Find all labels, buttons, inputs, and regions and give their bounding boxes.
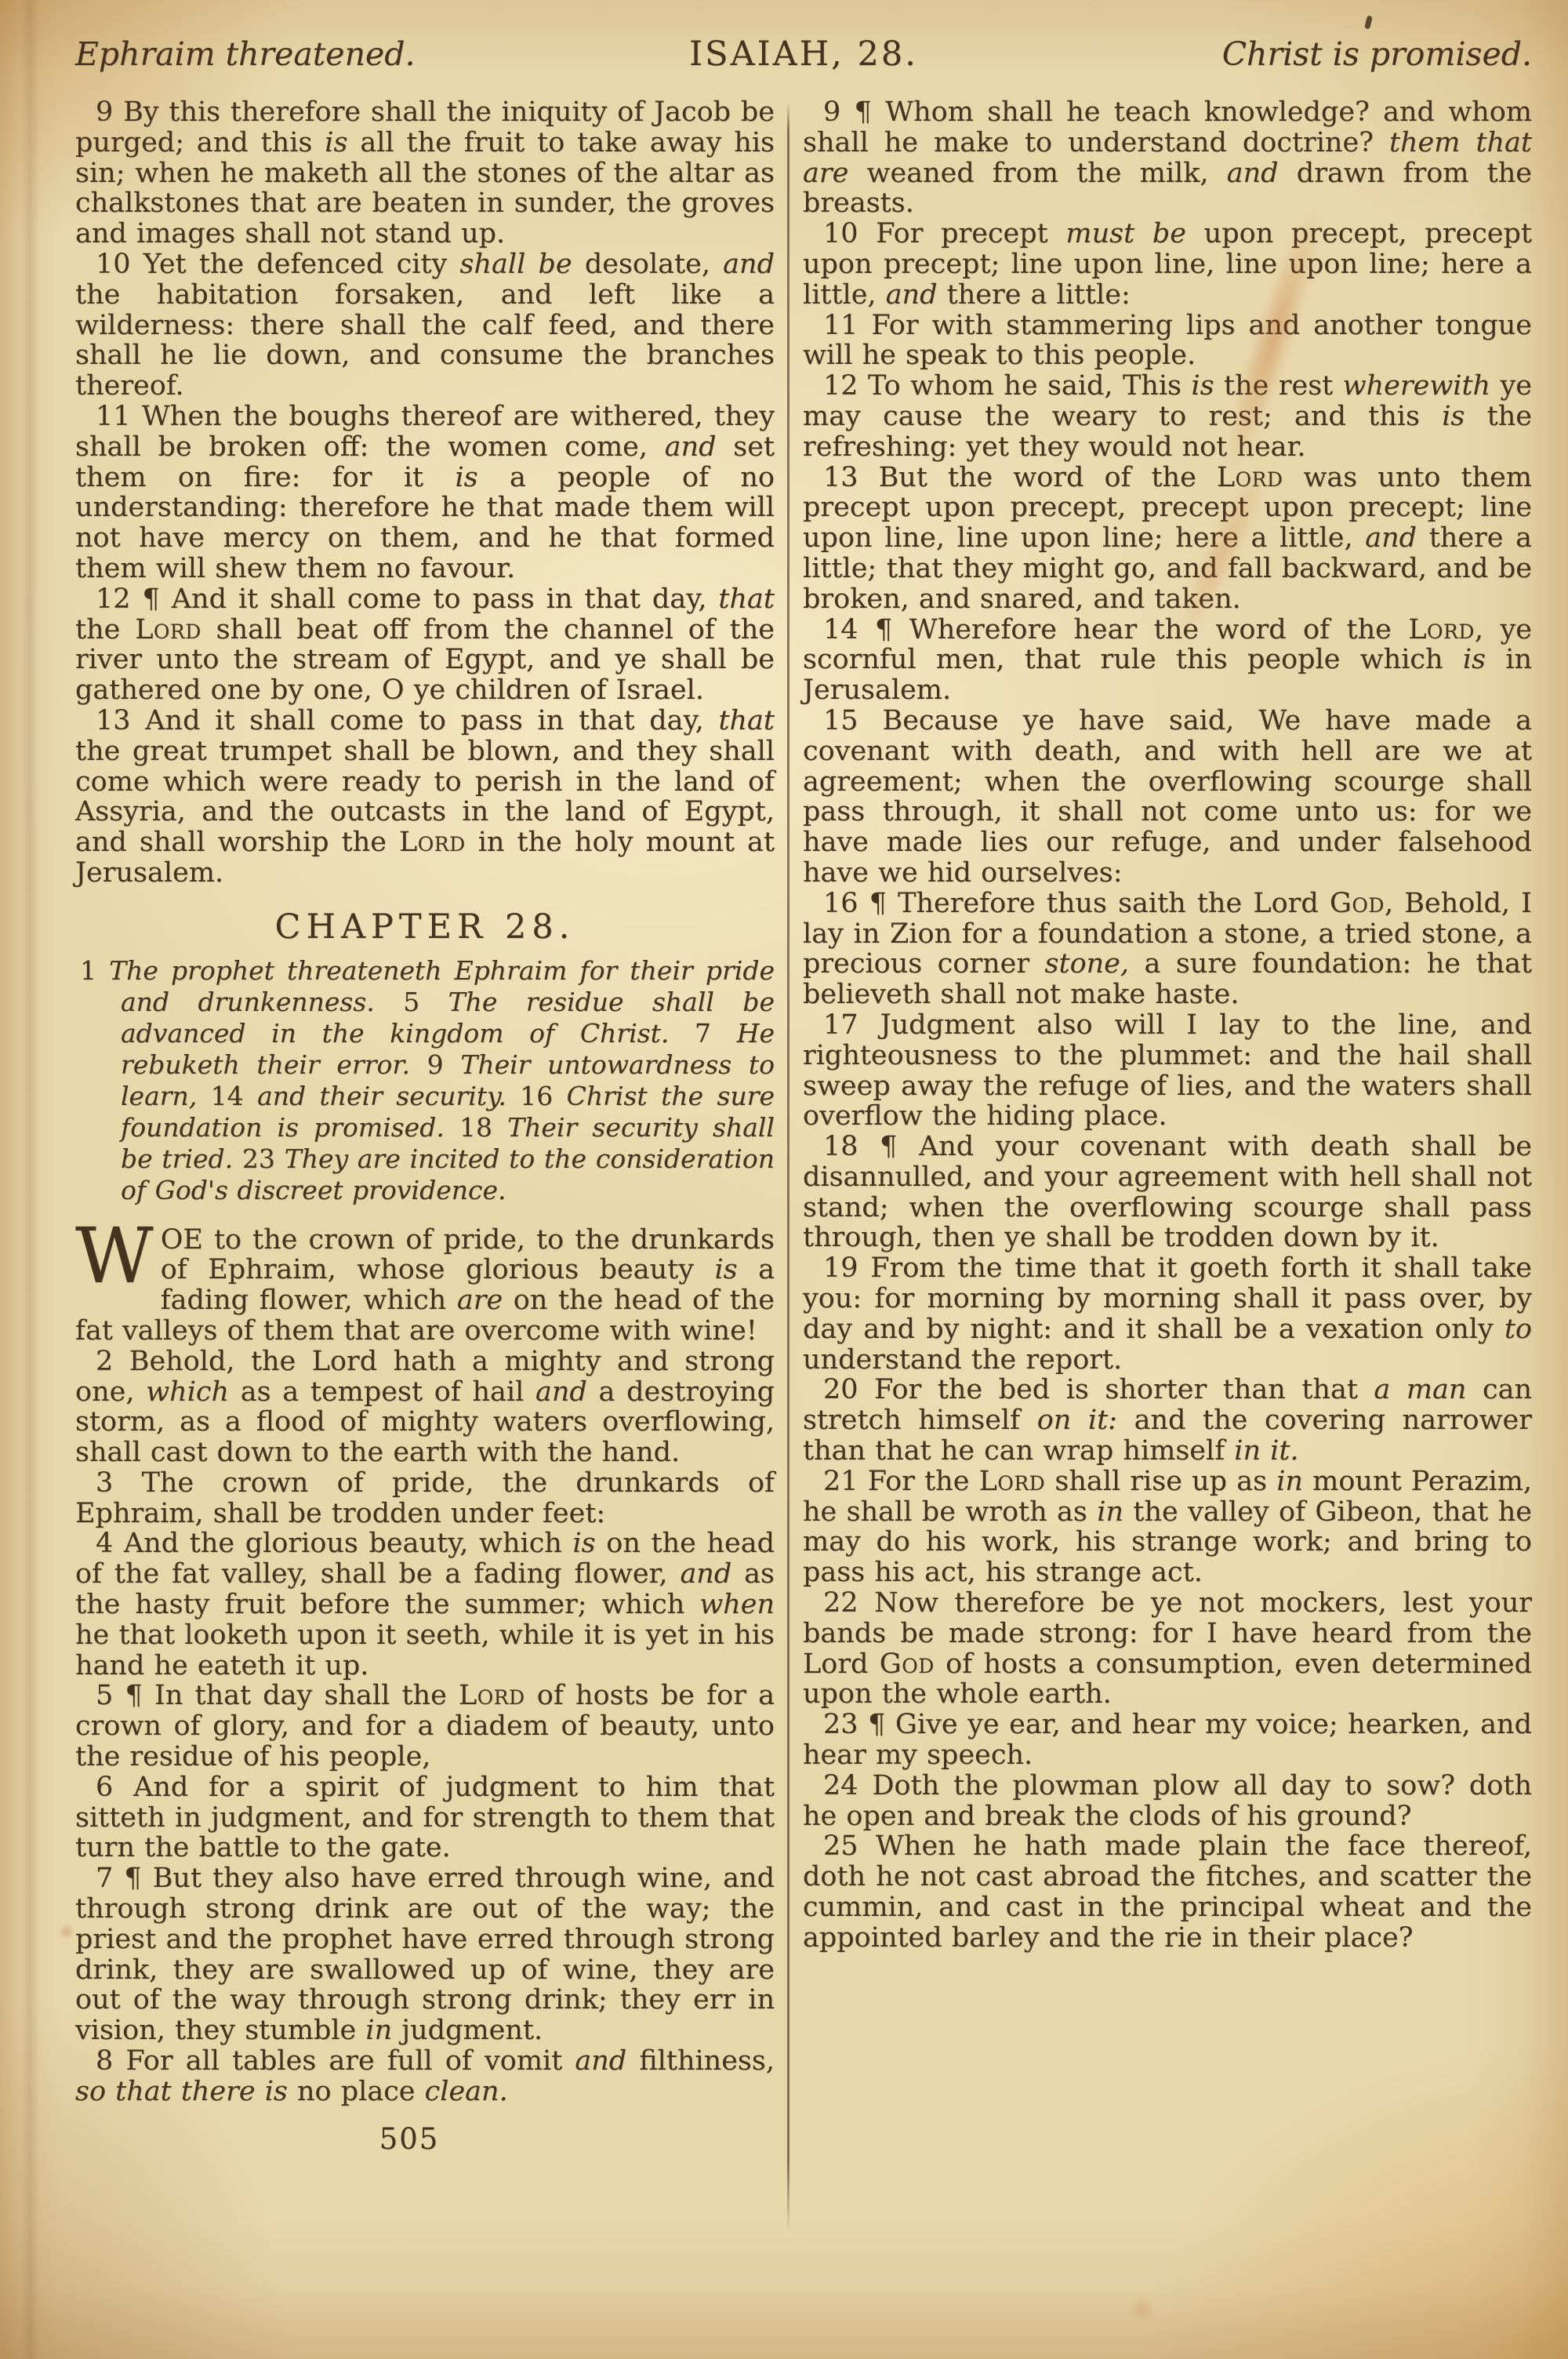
verse: 21 For the Lord shall rise up as in moun… bbox=[803, 1467, 1532, 1588]
verse-number: 5 bbox=[96, 1680, 113, 1711]
verse-text: For all tables are full of vomit and fil… bbox=[75, 2045, 775, 2107]
verse-number: 9 bbox=[96, 96, 113, 128]
verse: 8 For all tables are full of vomit and f… bbox=[75, 2046, 775, 2107]
verse-number: 19 bbox=[823, 1252, 858, 1284]
verse-text: For with stammering lips and another ton… bbox=[803, 310, 1532, 372]
verse: 25 When he hath made plain the face ther… bbox=[803, 1831, 1532, 1953]
pilcrow-mark: ¶ bbox=[855, 96, 872, 128]
verse-number: 11 bbox=[823, 310, 858, 341]
left-column: 9 By this therefore shall the iniquity o… bbox=[75, 97, 775, 2154]
verse-text: And it shall come to pass in that day, t… bbox=[75, 583, 775, 706]
verse-number: 13 bbox=[96, 705, 131, 736]
drop-cap: W bbox=[75, 1225, 161, 1286]
verse-text: And the glorious beauty, which is on the… bbox=[75, 1528, 775, 1681]
verse-number: 24 bbox=[823, 1770, 858, 1801]
bible-page-scan: Ephraim threatened. ISAIAH, 28. Christ i… bbox=[0, 0, 1568, 2359]
verse-text: By this therefore shall the iniquity of … bbox=[75, 96, 775, 249]
verse: 20 For the bed is shorter than that a ma… bbox=[803, 1375, 1532, 1466]
verse: 12 ¶ And it shall come to pass in that d… bbox=[75, 584, 775, 706]
verses-isaiah-28-right: 9 ¶ Whom shall he teach knowledge? and w… bbox=[803, 97, 1532, 1954]
verse-text: For the Lord shall rise up as in mount P… bbox=[803, 1466, 1532, 1588]
verse-text: In that day shall the Lord of hosts be f… bbox=[75, 1680, 775, 1772]
verse: 4 And the glorious beauty, which is on t… bbox=[75, 1528, 775, 1681]
running-head-left: Ephraim threatened. bbox=[75, 37, 689, 72]
rust-stain bbox=[1129, 2298, 1156, 2321]
verse: 11 When the boughs thereof are withered,… bbox=[75, 402, 775, 584]
verse-number: 13 bbox=[823, 462, 858, 493]
verse-number: 25 bbox=[823, 1830, 858, 1862]
verse-text: But they also have erred through wine, a… bbox=[75, 1863, 775, 2046]
verse-number: 7 bbox=[96, 1863, 113, 1894]
verse: 10 For precept must be upon precept, pre… bbox=[803, 219, 1532, 310]
page-number: 505 bbox=[75, 2125, 743, 2155]
verse-text: OE to the crown of pride, to the drunkar… bbox=[75, 1224, 775, 1347]
verse-text: For the bed is shorter than that a man c… bbox=[803, 1374, 1532, 1467]
verse-text: Behold, the Lord hath a mighty and stron… bbox=[75, 1346, 775, 1468]
verse: 16 ¶ Therefore thus saith the Lord God, … bbox=[803, 889, 1532, 1010]
verse-text: Doth the plowman plow all day to sow? do… bbox=[803, 1770, 1532, 1832]
verse: 13 And it shall come to pass in that day… bbox=[75, 706, 775, 889]
running-head: Ephraim threatened. ISAIAH, 28. Christ i… bbox=[75, 36, 1532, 73]
ink-speck bbox=[1364, 15, 1373, 29]
verse-text: Yet the defenced city shall be desolate,… bbox=[75, 249, 775, 402]
verse-text: To whom he said, This is the rest wherew… bbox=[803, 370, 1532, 463]
verse-number: 10 bbox=[823, 218, 858, 249]
verse: 3 The crown of pride, the drunkards of E… bbox=[75, 1468, 775, 1529]
verse-number: 2 bbox=[96, 1346, 113, 1377]
verse-number: 12 bbox=[96, 583, 131, 615]
verse: 23 ¶ Give ye ear, and hear my voice; hea… bbox=[803, 1710, 1532, 1771]
verse: WOE to the crown of pride, to the drunka… bbox=[75, 1225, 775, 1347]
verse-number: 21 bbox=[823, 1466, 858, 1497]
verse: 17 Judgment also will I lay to the line,… bbox=[803, 1010, 1532, 1132]
verse-text: For precept must be upon precept, precep… bbox=[803, 218, 1532, 311]
pilcrow-mark: ¶ bbox=[868, 1709, 885, 1740]
verse-number: 23 bbox=[823, 1709, 858, 1740]
chapter-summary: 1 The prophet threateneth Ephraim for th… bbox=[75, 955, 775, 1206]
verse-number: 12 bbox=[823, 370, 858, 402]
running-head-right: Christ is promised. bbox=[918, 37, 1532, 72]
right-column: 9 ¶ Whom shall he teach knowledge? and w… bbox=[803, 97, 1532, 2154]
verse: 22 Now therefore be ye not mockers, lest… bbox=[803, 1588, 1532, 1710]
verse: 6 And for a spirit of judgment to him th… bbox=[75, 1772, 775, 1863]
verse-number: 10 bbox=[96, 249, 131, 280]
verse-text: But the word of the Lord was unto them p… bbox=[803, 462, 1532, 615]
running-head-center: ISAIAH, 28. bbox=[689, 36, 918, 73]
verse-text: When the boughs thereof are withered, th… bbox=[75, 401, 775, 584]
pilcrow-mark: ¶ bbox=[869, 888, 887, 919]
text-columns: 9 By this therefore shall the iniquity o… bbox=[75, 97, 1532, 2154]
verse-number: 18 bbox=[823, 1131, 858, 1162]
verse: 10 Yet the defenced city shall be desola… bbox=[75, 249, 775, 402]
verse-text: Because ye have said, We have made a cov… bbox=[803, 705, 1532, 889]
verse-text: Give ye ear, and hear my voice; hearken,… bbox=[803, 1709, 1532, 1771]
verse-text: Judgment also will I lay to the line, an… bbox=[803, 1009, 1532, 1132]
verse: 12 To whom he said, This is the rest whe… bbox=[803, 371, 1532, 462]
verse: 19 From the time that it goeth forth it … bbox=[803, 1253, 1532, 1375]
verse-text: Therefore thus saith the Lord God, Behol… bbox=[803, 888, 1532, 1010]
verse-text: The crown of pride, the drunkards of Eph… bbox=[75, 1467, 775, 1529]
chapter-heading: CHAPTER 28. bbox=[75, 912, 775, 943]
verse-number: 16 bbox=[823, 888, 858, 919]
verse: 9 ¶ Whom shall he teach knowledge? and w… bbox=[803, 97, 1532, 219]
verse-number: 22 bbox=[823, 1587, 858, 1619]
verse: 9 By this therefore shall the iniquity o… bbox=[75, 97, 775, 249]
verse-text: From the time that it goeth forth it sha… bbox=[803, 1252, 1532, 1375]
verse: 14 ¶ Wherefore hear the word of the Lord… bbox=[803, 615, 1532, 706]
verse-number: 8 bbox=[96, 2045, 113, 2077]
verse: 2 Behold, the Lord hath a mighty and str… bbox=[75, 1347, 775, 1468]
verse-text: Now therefore be ye not mockers, lest yo… bbox=[803, 1587, 1532, 1710]
pilcrow-mark: ¶ bbox=[875, 614, 892, 645]
verse: 18 ¶ And your covenant with death shall … bbox=[803, 1132, 1532, 1253]
verse-text: And for a spirit of judgment to him that… bbox=[75, 1772, 775, 1864]
pilcrow-mark: ¶ bbox=[143, 583, 160, 615]
verse-number: 4 bbox=[96, 1528, 113, 1559]
pilcrow-mark: ¶ bbox=[124, 1863, 141, 1894]
pilcrow-mark: ¶ bbox=[880, 1131, 897, 1162]
verse-text: And it shall come to pass in that day, t… bbox=[75, 705, 775, 889]
verses-isaiah-28-left: 2 Behold, the Lord hath a mighty and str… bbox=[75, 1347, 775, 2107]
verse-number: 17 bbox=[823, 1009, 858, 1041]
verse: 7 ¶ But they also have erred through win… bbox=[75, 1863, 775, 2046]
verse-number: 9 bbox=[823, 96, 840, 128]
verse-text: Whom shall he teach knowledge? and whom … bbox=[803, 96, 1532, 219]
verse: 5 ¶ In that day shall the Lord of hosts … bbox=[75, 1681, 775, 1772]
verse-number: 15 bbox=[823, 705, 858, 736]
verse-text: Wherefore hear the word of the Lord, ye … bbox=[803, 614, 1532, 707]
verse: 11 For with stammering lips and another … bbox=[803, 311, 1532, 372]
verse: 13 But the word of the Lord was unto the… bbox=[803, 463, 1532, 615]
verse-number: 3 bbox=[96, 1467, 113, 1499]
verse-number: 14 bbox=[823, 614, 858, 645]
verse-text: When he hath made plain the face thereof… bbox=[803, 1830, 1532, 1953]
verse-number: 20 bbox=[823, 1374, 858, 1405]
verse-number: 11 bbox=[96, 401, 131, 432]
verse: 15 Because ye have said, We have made a … bbox=[803, 706, 1532, 889]
verse-text: And your covenant with death shall be di… bbox=[803, 1131, 1532, 1253]
verse-number: 6 bbox=[96, 1772, 113, 1803]
verse: 24 Doth the plowman plow all day to sow?… bbox=[803, 1771, 1532, 1832]
rust-stain bbox=[58, 1923, 75, 1940]
pilcrow-mark: ¶ bbox=[125, 1680, 142, 1711]
verses-isaiah-27: 9 By this therefore shall the iniquity o… bbox=[75, 97, 775, 889]
